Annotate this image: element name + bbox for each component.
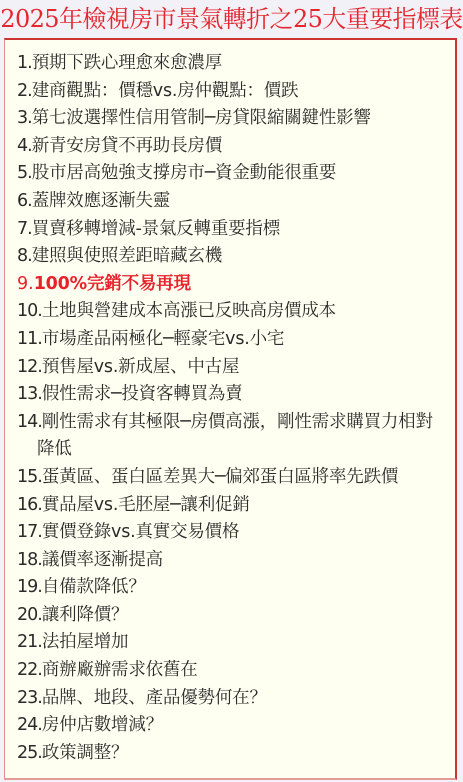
list-item-25: 25.政策調整？ — [17, 740, 449, 768]
list-item-5: 5.股市居高勉強支撐房市─資金動能很重要 — [17, 160, 449, 188]
item-text: 第七波選擇性信用管制─房貸限縮關鍵性影響 — [32, 108, 371, 128]
item-number: 6. — [17, 191, 32, 211]
item-number: 22. — [17, 660, 42, 680]
item-number: 12. — [17, 357, 42, 377]
list-item-8: 8.建照與使照差距暗藏玄機 — [17, 243, 449, 271]
item-text: 蛋黃區、蛋白區差異大─偏郊蛋白區將率先跌價 — [42, 467, 398, 487]
indicator-list-box: 1.預期下跌心理愈來愈濃厚 2.建商觀點：價穩vs.房仲觀點：價跌 3.第七波選… — [4, 38, 457, 780]
item-text: 議價率逐漸提高 — [42, 550, 163, 570]
list-item-9-highlighted: 9.100%完銷不易再現 — [17, 271, 449, 299]
item-text: 房仲店數增減？ — [42, 715, 163, 735]
list-item-3: 3.第七波選擇性信用管制─房貸限縮關鍵性影響 — [17, 105, 449, 133]
item-text: 買賣移轉增減-景氣反轉重要指標 — [32, 219, 280, 239]
item-text: 自備款降低？ — [42, 577, 146, 597]
item-text: 建商觀點：價穩vs.房仲觀點：價跌 — [32, 81, 299, 101]
item-text: 預期下跌心理愈來愈濃厚 — [32, 53, 222, 73]
list-item-13: 13.假性需求─投資客轉買為賣 — [17, 381, 449, 409]
item-text: 剛性需求有其極限─房價高漲，剛性需求購買力相對降低 — [37, 412, 433, 460]
item-number: 14. — [17, 412, 42, 432]
item-text: 100%完銷不易再現 — [34, 274, 191, 294]
list-item-6: 6.蓋牌效應逐漸失靈 — [17, 188, 449, 216]
item-text: 建照與使照差距暗藏玄機 — [32, 246, 222, 266]
item-text: 商辦廠辦需求依舊在 — [42, 660, 198, 680]
item-text: 市場產品兩極化─輕豪宅vs.小宅 — [42, 329, 284, 349]
item-text: 法拍屋增加 — [42, 632, 129, 652]
list-item-17: 17.實價登錄vs.真實交易價格 — [17, 519, 449, 547]
list-item-10: 10.土地與營建成本高漲已反映高房價成本 — [17, 298, 449, 326]
item-number: 23. — [17, 688, 42, 708]
item-number: 15. — [17, 467, 42, 487]
item-number: 21. — [17, 632, 42, 652]
list-item-16: 16.實品屋vs.毛胚屋─讓利促銷 — [17, 492, 449, 520]
item-text: 股市居高勉強支撐房市─資金動能很重要 — [32, 163, 336, 183]
list-item-12: 12.預售屋vs.新成屋、中古屋 — [17, 354, 449, 382]
list-item-20: 20.讓利降價？ — [17, 602, 449, 630]
list-item-22: 22.商辦廠辦需求依舊在 — [17, 657, 449, 685]
item-text: 政策調整？ — [42, 743, 129, 763]
list-item-14: 14.剛性需求有其極限─房價高漲，剛性需求購買力相對降低 — [17, 409, 449, 464]
item-number: 5. — [17, 163, 32, 183]
page-title: 2025年檢視房市景氣轉折之25大重要指標表 — [0, 2, 463, 36]
list-item-1: 1.預期下跌心理愈來愈濃厚 — [17, 50, 449, 78]
list-item-7: 7.買賣移轉增減-景氣反轉重要指標 — [17, 216, 449, 244]
item-text: 新青安房貸不再助長房價 — [32, 136, 222, 156]
item-text: 讓利降價？ — [42, 605, 129, 625]
item-number: 20. — [17, 605, 42, 625]
list-item-18: 18.議價率逐漸提高 — [17, 547, 449, 575]
item-text: 實價登錄vs.真實交易價格 — [42, 522, 239, 542]
item-number: 16. — [17, 495, 42, 515]
item-number: 4. — [17, 136, 32, 156]
indicator-list: 1.預期下跌心理愈來愈濃厚 2.建商觀點：價穩vs.房仲觀點：價跌 3.第七波選… — [5, 40, 455, 767]
item-number: 17. — [17, 522, 42, 542]
item-number: 13. — [17, 384, 42, 404]
item-number: 18. — [17, 550, 42, 570]
item-number: 19. — [17, 577, 42, 597]
item-number: 1. — [17, 53, 32, 73]
item-text: 蓋牌效應逐漸失靈 — [32, 191, 170, 211]
list-item-19: 19.自備款降低？ — [17, 574, 449, 602]
item-text: 假性需求─投資客轉買為賣 — [42, 384, 243, 404]
item-number: 8. — [17, 246, 32, 266]
item-number: 3. — [17, 108, 32, 128]
item-text: 實品屋vs.毛胚屋─讓利促銷 — [42, 495, 250, 515]
list-item-23: 23.品牌、地段、產品優勢何在？ — [17, 685, 449, 713]
list-item-15: 15.蛋黃區、蛋白區差異大─偏郊蛋白區將率先跌價 — [17, 464, 449, 492]
item-number: 24. — [17, 715, 42, 735]
item-number: 10. — [17, 301, 42, 321]
item-number: 7. — [17, 219, 32, 239]
list-item-21: 21.法拍屋增加 — [17, 629, 449, 657]
item-text: 預售屋vs.新成屋、中古屋 — [42, 357, 239, 377]
list-item-4: 4.新青安房貸不再助長房價 — [17, 133, 449, 161]
item-number: 9. — [17, 274, 34, 294]
item-text: 品牌、地段、產品優勢何在？ — [42, 688, 267, 708]
item-number: 25. — [17, 743, 42, 763]
list-item-24: 24.房仲店數增減？ — [17, 712, 449, 740]
item-number: 2. — [17, 81, 32, 101]
list-item-11: 11.市場產品兩極化─輕豪宅vs.小宅 — [17, 326, 449, 354]
item-number: 11. — [17, 329, 42, 349]
list-item-2: 2.建商觀點：價穩vs.房仲觀點：價跌 — [17, 78, 449, 106]
item-text: 土地與營建成本高漲已反映高房價成本 — [42, 301, 336, 321]
